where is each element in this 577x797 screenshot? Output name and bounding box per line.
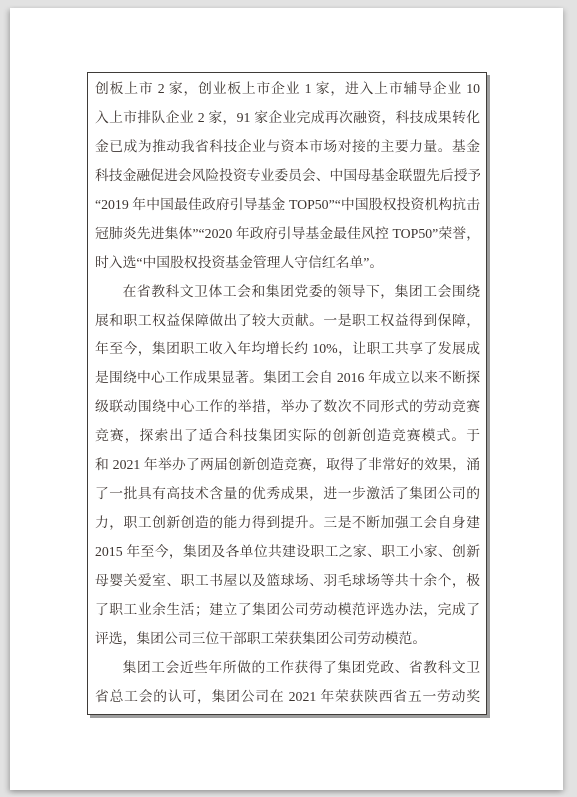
text-line: 了一批具有高技术含量的优秀成果，进一步激活了集团公司的创新活 xyxy=(95,480,480,509)
text-line: 时入选“中国股权投资基金管理人守信红名单”。 xyxy=(95,249,480,278)
text-line: 冠肺炎先进集体”“2020 年政府引导基金最佳风控 TOP50”荣誉，同 xyxy=(95,220,480,249)
text-line: 了职工业余生活；建立了集团公司劳动模范评选办法，完成了第一次 xyxy=(95,596,480,625)
text-line: 是围绕中心工作成果显著。集团工会自 2016 年成立以来不断探索两 xyxy=(95,364,480,393)
document-page: 创板上市 2 家，创业板上市企业 1 家，进入上市辅导企业 10 家，进 入上市… xyxy=(10,8,563,790)
text-line: 级联动围绕中心工作的举措，举办了数次不同形式的劳动竞赛和技能 xyxy=(95,393,480,422)
text-line: “2019 年中国最佳政府引导基金 TOP50”“中国股权投资机构抗击新 xyxy=(95,191,480,220)
text-line: 力，职工创新创造的能力得到提升。三是不断加强工会自身建设，从 xyxy=(95,509,480,538)
text-line: 评选，集团公司三位干部职工荣获集团公司劳动模范。 xyxy=(95,625,480,654)
text-line: 科技金融促进会风险投资专业委员会、中国母基金联盟先后授予 xyxy=(95,162,480,191)
text-line: 创板上市 2 家，创业板上市企业 1 家，进入上市辅导企业 10 家，进 xyxy=(95,75,480,104)
text-line: 展和职工权益保障做出了较大贡献。一是职工权益得到保障，从 2015 xyxy=(95,307,480,336)
text-line: 竞赛，探索出了适合科技集团实际的创新创造竞赛模式。于 2020 年 xyxy=(95,422,480,451)
page-background: { "page": { "background_color": "#e2e2e2… xyxy=(0,0,577,797)
text-frame: 创板上市 2 家，创业板上市企业 1 家，进入上市辅导企业 10 家，进 入上市… xyxy=(87,72,487,715)
text-line: 省总工会的认可，集团公司在 2021 年荣获陕西省五一劳动奖状，集 xyxy=(95,683,480,712)
text-line: 和 2021 年举办了两届创新创造竞赛，取得了非常好的效果，涌现出 xyxy=(95,451,480,480)
text-line: 年至今，集团职工收入年均增长约 10%，让职工共享了发展成果。二 xyxy=(95,335,480,364)
text-line: 2015 年至今，集团及各单位共建设职工之家、职工小家、创新工作室、 xyxy=(95,538,480,567)
text-line: 集团工会近些年所做的工作获得了集团党政、省教科文卫体以及 xyxy=(95,654,480,683)
text-line: 金已成为推动我省科技企业与资本市场对接的主要力量。基金被中国 xyxy=(95,133,480,162)
text-line: 入上市排队企业 2 家，91 家企业完成再次融资，科技成果转化引导基 xyxy=(95,104,480,133)
text-line: 在省教科文卫体工会和集团党委的领导下，集团工会围绕集团发 xyxy=(95,278,480,307)
text-line: 母婴关爱室、职工书屋以及篮球场、羽毛球场等共十余个，极大丰富 xyxy=(95,567,480,596)
